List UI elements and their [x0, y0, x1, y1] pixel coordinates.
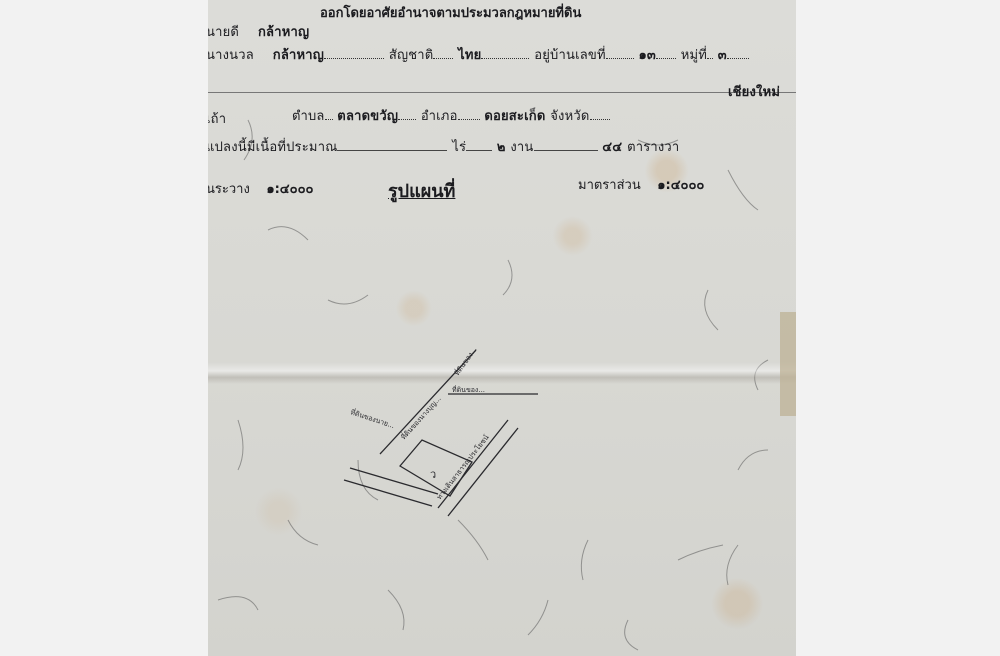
top-label: ที่ดินของ... — [452, 345, 478, 377]
scanned-land-document: ออกโดยอาศัยอำนาจตามประมวลกฎหมายที่ดิน นา… — [208, 0, 796, 656]
ne-label: ที่ดินของนางบุญ... — [399, 394, 443, 441]
west-label: ที่ดินของนาย... — [349, 407, 395, 430]
parcel-sketch: ว ที่ดินของ... ทางเดินสาธารณประโยชน์ ที่… — [208, 0, 796, 656]
north-label: ที่ดินของ... — [452, 385, 485, 394]
east-label: ทางเดินสาธารณประโยชน์ — [434, 433, 490, 502]
parcel-label: ว — [430, 468, 436, 481]
